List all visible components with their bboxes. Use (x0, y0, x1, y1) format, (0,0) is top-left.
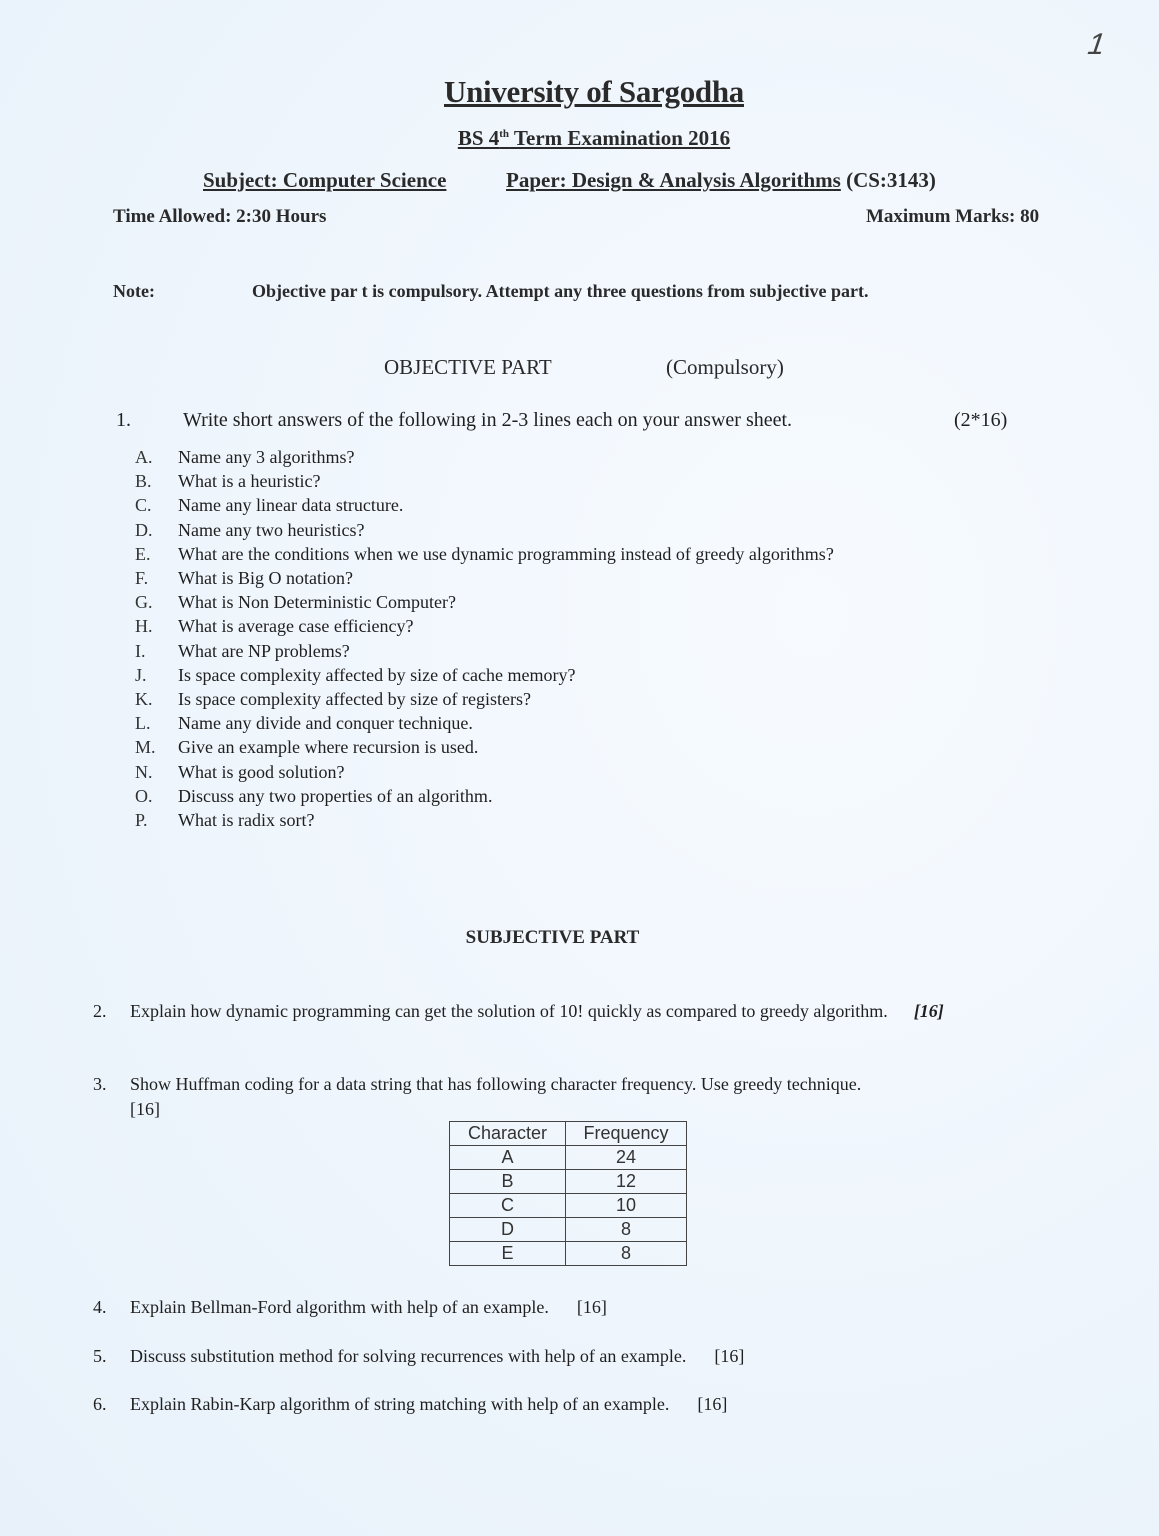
note-text: Objective par t is compulsory. Attempt a… (252, 281, 868, 302)
list-item: P.What is radix sort? (135, 808, 834, 832)
exam-prefix: BS 4 (458, 126, 499, 150)
objective-subheading: (Compulsory) (666, 355, 784, 380)
list-item: B.What is a heuristic? (135, 469, 834, 493)
item-text: Discuss any two properties of an algorit… (178, 784, 492, 808)
character-cell: B (450, 1170, 566, 1194)
item-text: Name any divide and conquer technique. (178, 711, 473, 735)
item-text: Give an example where recursion is used. (178, 735, 478, 759)
frequency-table: Character Frequency A24B12C10D8E8 (449, 1121, 687, 1266)
question-marks: [16] (714, 1346, 744, 1366)
frequency-cell: 8 (566, 1218, 687, 1242)
question-2: 2. Explain how dynamic programming can g… (93, 999, 993, 1024)
frequency-cell: 8 (566, 1242, 687, 1266)
paper-label: Paper: Design & Analysis Algorithms (CS:… (506, 168, 936, 193)
question-3: 3. Show Huffman coding for a data string… (93, 1072, 1033, 1122)
subject-text: Subject: Computer Science (203, 168, 446, 192)
question-text: Discuss substitution method for solving … (130, 1346, 686, 1366)
question-1-marks: (2*16) (954, 409, 1007, 432)
time-allowed: Time Allowed: 2:30 Hours (113, 206, 326, 228)
table-row: A24 (450, 1146, 687, 1170)
page-number: 1 (1086, 28, 1107, 62)
question-marks: [16] (577, 1297, 607, 1317)
column-header: Character (450, 1122, 566, 1146)
item-letter: H. (135, 614, 178, 638)
item-text: Name any 3 algorithms? (178, 445, 354, 469)
maximum-marks: Maximum Marks: 80 (866, 206, 1039, 228)
item-letter: E. (135, 542, 178, 566)
exam-suffix: Term Examination 2016 (509, 126, 730, 150)
list-item: E.What are the conditions when we use dy… (135, 542, 834, 566)
frequency-cell: 12 (566, 1170, 687, 1194)
list-item: H.What is average case efficiency? (135, 614, 834, 638)
list-item: F.What is Big O notation? (135, 566, 834, 590)
list-item: J.Is space complexity affected by size o… (135, 663, 834, 687)
question-marks: [16] (697, 1394, 727, 1414)
list-item: K.Is space complexity affected by size o… (135, 687, 834, 711)
item-letter: L. (135, 711, 178, 735)
paper-title: Paper: Design & Analysis Algorithms (506, 168, 841, 192)
item-letter: A. (135, 445, 178, 469)
item-text: What is a heuristic? (178, 469, 320, 493)
item-letter: F. (135, 566, 178, 590)
list-item: I.What are NP problems? (135, 639, 834, 663)
column-header: Frequency (566, 1122, 687, 1146)
item-text: What is Big O notation? (178, 566, 353, 590)
frequency-cell: 10 (566, 1194, 687, 1218)
item-text: What is Non Deterministic Computer? (178, 590, 456, 614)
question-text: Explain Rabin-Karp algorithm of string m… (130, 1394, 669, 1414)
subjective-heading: SUBJECTIVE PART (0, 927, 1105, 949)
objective-heading: OBJECTIVE PART (384, 355, 552, 380)
question-marks: [16] (914, 1001, 944, 1021)
item-text: Name any two heuristics? (178, 518, 364, 542)
item-letter: B. (135, 469, 178, 493)
exam-sup: th (499, 128, 509, 140)
question-number: 6. (93, 1394, 130, 1415)
table-row: D8 (450, 1218, 687, 1242)
item-letter: N. (135, 760, 178, 784)
question-marks: [16] (130, 1099, 160, 1119)
question-number: 4. (93, 1297, 130, 1318)
item-letter: K. (135, 687, 178, 711)
item-text: What are NP problems? (178, 639, 350, 663)
subject-label: Subject: Computer Science (203, 168, 446, 193)
item-text: What is radix sort? (178, 808, 314, 832)
character-cell: E (450, 1242, 566, 1266)
item-text: What is good solution? (178, 760, 344, 784)
university-title: University of Sargodha (0, 74, 1159, 110)
item-text: Is space complexity affected by size of … (178, 663, 576, 687)
list-item: O.Discuss any two properties of an algor… (135, 784, 834, 808)
question-text: Explain how dynamic programming can get … (130, 1001, 888, 1021)
question-4: 4. Explain Bellman-Ford algorithm with h… (93, 1297, 607, 1318)
frequency-cell: 24 (566, 1146, 687, 1170)
item-letter: P. (135, 808, 178, 832)
item-text: Name any linear data structure. (178, 493, 403, 517)
exam-title: BS 4th Term Examination 2016 (0, 126, 1159, 151)
question-text: Explain Bellman-Ford algorithm with help… (130, 1297, 549, 1317)
list-item: C.Name any linear data structure. (135, 493, 834, 517)
item-text: Is space complexity affected by size of … (178, 687, 531, 711)
item-letter: M. (135, 735, 178, 759)
question-number: 2. (93, 999, 130, 1024)
table-row: E8 (450, 1242, 687, 1266)
item-letter: G. (135, 590, 178, 614)
list-item: D.Name any two heuristics? (135, 518, 834, 542)
item-letter: C. (135, 493, 178, 517)
question-1-number: 1. (116, 409, 131, 432)
question-6: 6. Explain Rabin-Karp algorithm of strin… (93, 1394, 727, 1415)
item-letter: O. (135, 784, 178, 808)
paper-code: (CS:3143) (841, 168, 936, 192)
item-text: What are the conditions when we use dyna… (178, 542, 834, 566)
list-item: M.Give an example where recursion is use… (135, 735, 834, 759)
question-1-text: Write short answers of the following in … (183, 409, 792, 432)
question-number: 5. (93, 1346, 130, 1367)
character-cell: C (450, 1194, 566, 1218)
list-item: G.What is Non Deterministic Computer? (135, 590, 834, 614)
list-item: L.Name any divide and conquer technique. (135, 711, 834, 735)
character-cell: A (450, 1146, 566, 1170)
question-number: 3. (93, 1072, 130, 1122)
item-text: What is average case efficiency? (178, 614, 414, 638)
item-letter: J. (135, 663, 178, 687)
list-item: A.Name any 3 algorithms? (135, 445, 834, 469)
table-row: B12 (450, 1170, 687, 1194)
question-5: 5. Discuss substitution method for solvi… (93, 1346, 744, 1367)
item-letter: D. (135, 518, 178, 542)
table-header-row: Character Frequency (450, 1122, 687, 1146)
character-cell: D (450, 1218, 566, 1242)
short-question-list: A.Name any 3 algorithms?B.What is a heur… (135, 445, 834, 832)
table-row: C10 (450, 1194, 687, 1218)
note-label: Note: (113, 281, 155, 302)
list-item: N.What is good solution? (135, 760, 834, 784)
question-text: Show Huffman coding for a data string th… (130, 1074, 861, 1094)
item-letter: I. (135, 639, 178, 663)
